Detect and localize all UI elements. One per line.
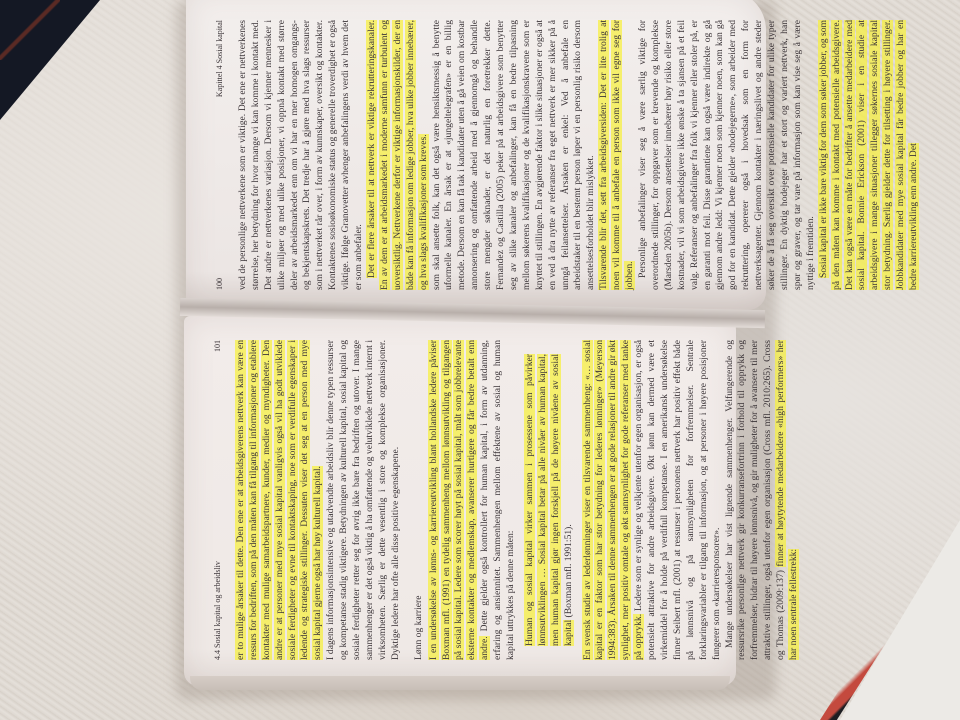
running-head: Kapittel 4 Sosial kapital: [214, 20, 227, 97]
paragraph: Det er flere årsaker til at nettverk er …: [366, 20, 431, 290]
page-number: 101: [212, 340, 225, 352]
paragraph: Mange undersøkelser har vist lignende sa…: [724, 340, 801, 660]
page-number: 100: [214, 278, 227, 290]
paragraph: ved de personlige nettverkene som er vik…: [237, 20, 366, 290]
citation: (Boxman mfl. 1991:51).: [563, 524, 574, 617]
page-101-header: 4.4 Sosial kapital og arbeidsliv 101: [212, 340, 225, 660]
section-heading: Lønn og karriere: [413, 340, 426, 660]
highlighted-text: er to mulige årsaker til dette. Den ene …: [235, 340, 323, 660]
page-100-header: 100 Kapittel 4 Sosial kapital: [214, 20, 227, 290]
wood-edge: [0, 0, 60, 60]
highlighted-text: Tilsvarende blir det, sett fra arbeidsgi…: [598, 20, 635, 290]
highlighted-text: Sosial kapital er ikke bare viktig for d…: [818, 20, 919, 290]
highlighted-text: Det er flere årsaker til at nettverk er …: [366, 20, 429, 290]
paragraph: En svensk studie av lederlønninger viser…: [582, 340, 724, 660]
paragraph: er to mulige årsaker til dette. Den ene …: [235, 340, 325, 660]
paragraph: I en undersøkelse av lønns- og karriereu…: [428, 340, 518, 660]
paragraph: som skal ansette folk, kan det også være…: [431, 20, 599, 290]
page-100-text: 100 Kapittel 4 Sosial kapital ved de per…: [214, 20, 921, 290]
paragraph: Personlige anbefalinger viser seg å være…: [637, 20, 818, 290]
paragraph: I dagens informasjonsintensive og utadve…: [325, 340, 402, 660]
floor-corner: [840, 520, 960, 720]
paragraph: Tilsvarende blir det, sett fra arbeidsgi…: [598, 20, 637, 290]
page-101-text: 4.4 Sosial kapital og arbeidsliv 101 er …: [212, 340, 801, 660]
block-quote: Human og sosial kapital virker sammen i …: [524, 340, 576, 660]
paragraph: Sosial kapital er ikke bare viktig for d…: [818, 20, 921, 290]
page-stack-edge: [190, 676, 730, 690]
running-head: 4.4 Sosial kapital og arbeidsliv: [212, 561, 225, 660]
